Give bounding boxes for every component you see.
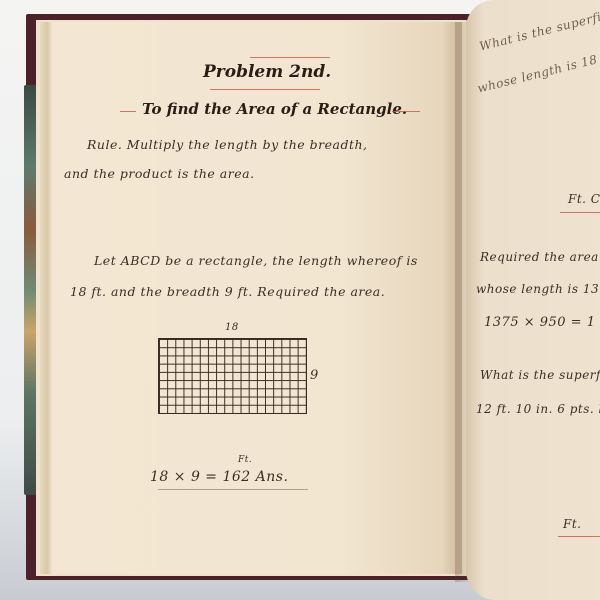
subtitle-left-rule: [120, 111, 136, 112]
title-bottom-rule: [210, 89, 320, 90]
right-line-8: 12 ft. 10 in. 6 pts. long: [476, 402, 600, 416]
diagram-breadth-label: 9: [310, 368, 319, 383]
subtitle-right-rule: [392, 111, 420, 112]
problem-title: Problem 2nd.: [203, 62, 331, 82]
right-line-3: Ft. C: [568, 192, 600, 206]
right-line-9: Ft.: [563, 517, 581, 531]
problem-subtitle: To find the Area of a Rectangle.: [142, 100, 407, 118]
right-line-6: 1375 × 950 = 1: [484, 315, 595, 330]
right-rule-2: [558, 536, 600, 537]
example-line-1: Let ABCD be a rectangle, the length wher…: [94, 253, 418, 268]
rule-line-1: Rule. Multiply the length by the breadth…: [87, 137, 368, 152]
right-line-7: What is the superf: [480, 368, 600, 382]
right-line-4: Required the area of: [480, 250, 600, 264]
example-line-2: 18 ft. and the breadth 9 ft. Required th…: [70, 284, 385, 299]
title-top-rule: [250, 57, 330, 58]
answer-line: 18 × 9 = 162 Ans.: [150, 469, 288, 485]
rule-line-2: and the product is the area.: [64, 166, 255, 181]
answer-unit: Ft.: [238, 455, 252, 465]
answer-underline: [158, 489, 308, 490]
diagram-length-label: 18: [225, 322, 239, 333]
right-rule-1: [560, 212, 600, 213]
rectangle-grid-diagram: [158, 338, 307, 414]
right-line-5: whose length is 1375: [476, 282, 600, 296]
